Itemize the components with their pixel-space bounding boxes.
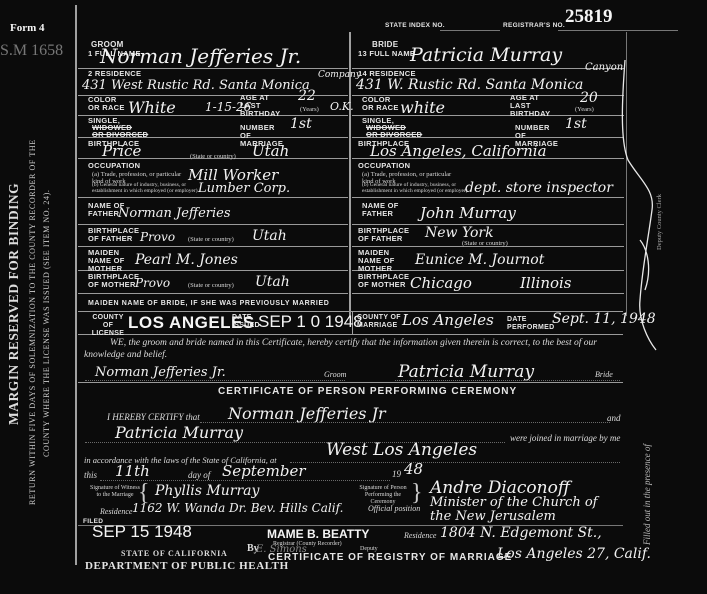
affirmation-text-2: knowledge and belief. — [84, 350, 167, 360]
groom-age-note: O.K. — [330, 100, 354, 113]
bride-father-state-label: (State or country) — [462, 240, 508, 247]
registrar-name: MAME B. BEATTY — [267, 527, 369, 541]
groom-mother: Pearl M. Jones — [135, 252, 238, 268]
bride-mother-bp-label: BIRTHPLACE OF MOTHER — [358, 273, 418, 289]
groom-color: White — [128, 98, 176, 117]
bride-father-bp-label: BIRTHPLACE OF FATHER — [358, 227, 418, 243]
bride-father-label: NAME OF FATHER — [362, 202, 402, 218]
form-label: Form 4 — [10, 22, 45, 34]
officiant-sig-label: Signature of Person Performing the Cerem… — [355, 485, 411, 506]
registrar-label: REGISTRAR'S NO. — [503, 22, 565, 30]
county-license-label: COUNTY OF LICENSE — [88, 314, 128, 338]
witness-signature: Phyllis Murray — [155, 483, 259, 499]
groom-residence: 431 West Rustic Rd. Santa Monica — [82, 78, 310, 93]
groom-age-label: AGE AT LAST BIRTHDAY — [240, 94, 290, 118]
officiant-residence-1: 1804 N. Edgemont St., — [440, 525, 602, 541]
groom-father-state-label: (State or country) — [188, 236, 234, 243]
bride-color: white — [400, 98, 445, 117]
ceremony-year: 48 — [404, 460, 423, 478]
groom-father-bp-label: BIRTHPLACE OF FATHER — [88, 227, 148, 243]
witness-residence-label: Residence — [100, 507, 132, 516]
bride-marriage-num: 1st — [565, 116, 587, 132]
groom-occupation-label: OCCUPATION — [88, 162, 140, 170]
ceremony-month: September — [222, 462, 306, 480]
groom-marriage-num: 1st — [290, 116, 312, 132]
bride-mother: Eunice M. Journot — [415, 252, 544, 268]
bride-birthplace: Los Angeles, California — [370, 142, 547, 160]
registrar-number: 25819 — [565, 6, 613, 28]
groom-state-label: (State or country) — [190, 153, 236, 160]
county-marriage: Los Angeles — [402, 311, 494, 329]
ceremony-place: West Los Angeles — [326, 440, 477, 460]
groom-birthplace-city: Price — [102, 142, 141, 160]
groom-mother-bp-state: Utah — [255, 274, 290, 290]
year-prefix: 19 — [392, 469, 401, 479]
ceremony-day: 11th — [115, 462, 150, 480]
bride-signature: Patricia Murray — [398, 362, 534, 382]
officiant-position: Minister of the Church of the New Jerusa… — [430, 496, 620, 524]
groom-residence-label: 2 RESIDENCE — [88, 70, 141, 78]
bride-marital-divorced: OR DIVORCED — [366, 131, 422, 139]
groom-father-bp-state: Utah — [252, 228, 287, 244]
groom-occ-b-label: (b) General nature of industry, business… — [92, 182, 202, 194]
margin-line1: RETURN WITHIN FIVE DAYS OF SOLEMNIZATION… — [28, 139, 37, 505]
groom-sig-label: Groom — [324, 370, 346, 379]
bride-occupation-label: OCCUPATION — [358, 162, 410, 170]
bride-mother-label: MAIDEN NAME OF MOTHER — [358, 249, 398, 273]
department-label: DEPARTMENT OF PUBLIC HEALTH — [85, 560, 289, 572]
margin-line2: COUNTY WHERE THE LICENSE WAS ISSUED (SEE… — [42, 139, 51, 505]
date-performed-label: DATE PERFORMED — [507, 316, 547, 332]
position-label: Official position — [368, 504, 420, 513]
certificate-title: CERTIFICATE OF REGISTRY OF MARRIAGE — [268, 554, 512, 562]
certify-label: I HEREBY CERTIFY that — [107, 412, 200, 422]
bride-sig-label: Bride — [595, 370, 613, 379]
bride-mother-bp-city: Chicago — [410, 274, 472, 292]
bride-occ-b-label: (b) General nature of industry, business… — [362, 182, 472, 194]
groom-father-bp-city: Provo — [140, 230, 175, 244]
binding-margin: MARGIN RESERVED FOR BINDING RETURN WITHI… — [6, 139, 51, 505]
margin-title: MARGIN RESERVED FOR BINDING — [6, 139, 22, 505]
bride-name-label: 13 FULL NAME — [358, 50, 415, 58]
filled-out-note: Filled out in the presence of — [642, 444, 652, 545]
day-of-label: day of — [188, 470, 210, 480]
bride-mother-bp-state: Illinois — [520, 274, 572, 292]
and-label: and — [607, 413, 621, 423]
state-label: STATE OF CALIFORNIA — [121, 549, 228, 558]
frame-left — [75, 5, 77, 565]
ceremony-bride: Patricia Murray — [115, 423, 243, 442]
groom-mother-bp-city: Provo — [135, 276, 170, 290]
ceremony-title: CERTIFICATE OF PERSON PERFORMING CEREMON… — [218, 388, 517, 396]
groom-industry: Lumber Corp. — [198, 181, 290, 196]
affirmation-text: WE, the groom and bride named in this Ce… — [110, 338, 597, 348]
this-label: this — [84, 470, 97, 480]
witness-residence: 1162 W. Wanda Dr. Bev. Hills Calif. — [132, 501, 343, 515]
bride-color-label: COLOR OR RACE — [362, 96, 402, 112]
deputy-signature-flourish — [600, 40, 670, 360]
date-issued: SEP 1 0 1948 — [258, 312, 363, 332]
county-marriage-label: COUNTY OF MARRIAGE — [357, 314, 401, 330]
date-issued-label: DATE ISSUED — [232, 314, 256, 330]
officiant-residence-2: Los Angeles 27, Calif. — [497, 546, 651, 562]
bride-occupation: dept. store inspector — [465, 180, 613, 196]
groom-age: 22 — [298, 88, 316, 104]
filed-date: SEP 15 1948 — [92, 522, 192, 542]
groom-mother-state-label: (State or country) — [188, 282, 234, 289]
witness-label: Signature of Witness to the Marriage — [90, 485, 140, 499]
groom-marital-divorced: OR DIVORCED — [92, 131, 148, 139]
officiant-brace: } — [411, 480, 423, 507]
bride-heading: BRIDE — [372, 41, 398, 49]
bride-age: 20 — [580, 90, 598, 106]
groom-residence-note: Company — [318, 70, 361, 80]
groom-signature: Norman Jefferies Jr. — [95, 365, 226, 380]
bride-age-label: AGE AT LAST BIRTHDAY — [510, 94, 560, 118]
officiant-residence-label: Residence — [404, 531, 436, 540]
bride-father-bp: New York — [425, 225, 494, 241]
groom-father: Norman Jefferies — [118, 206, 231, 221]
file-stamp: S.M 1658 — [0, 42, 63, 60]
ceremony-groom: Norman Jefferies Jr — [228, 404, 386, 423]
state-index-label: STATE INDEX NO. — [385, 22, 445, 30]
prev-married-label: MAIDEN NAME OF BRIDE, IF SHE WAS PREVIOU… — [88, 300, 329, 308]
groom-color-label: COLOR OR RACE — [88, 96, 128, 112]
joined-label: were joined in marriage by me — [510, 433, 620, 443]
groom-full-name: Norman Jefferies Jr. — [100, 44, 301, 68]
groom-mother-label: MAIDEN NAME OF MOTHER — [88, 249, 128, 273]
bride-full-name: Patricia Murray — [410, 44, 562, 66]
groom-birthplace-state: Utah — [252, 142, 289, 160]
bride-father: John Murray — [420, 204, 516, 222]
groom-years-label: (Years) — [300, 106, 319, 113]
bride-residence: 431 W. Rustic Rd. Santa Monica — [356, 77, 583, 93]
bride-years-label: (Years) — [575, 106, 594, 113]
